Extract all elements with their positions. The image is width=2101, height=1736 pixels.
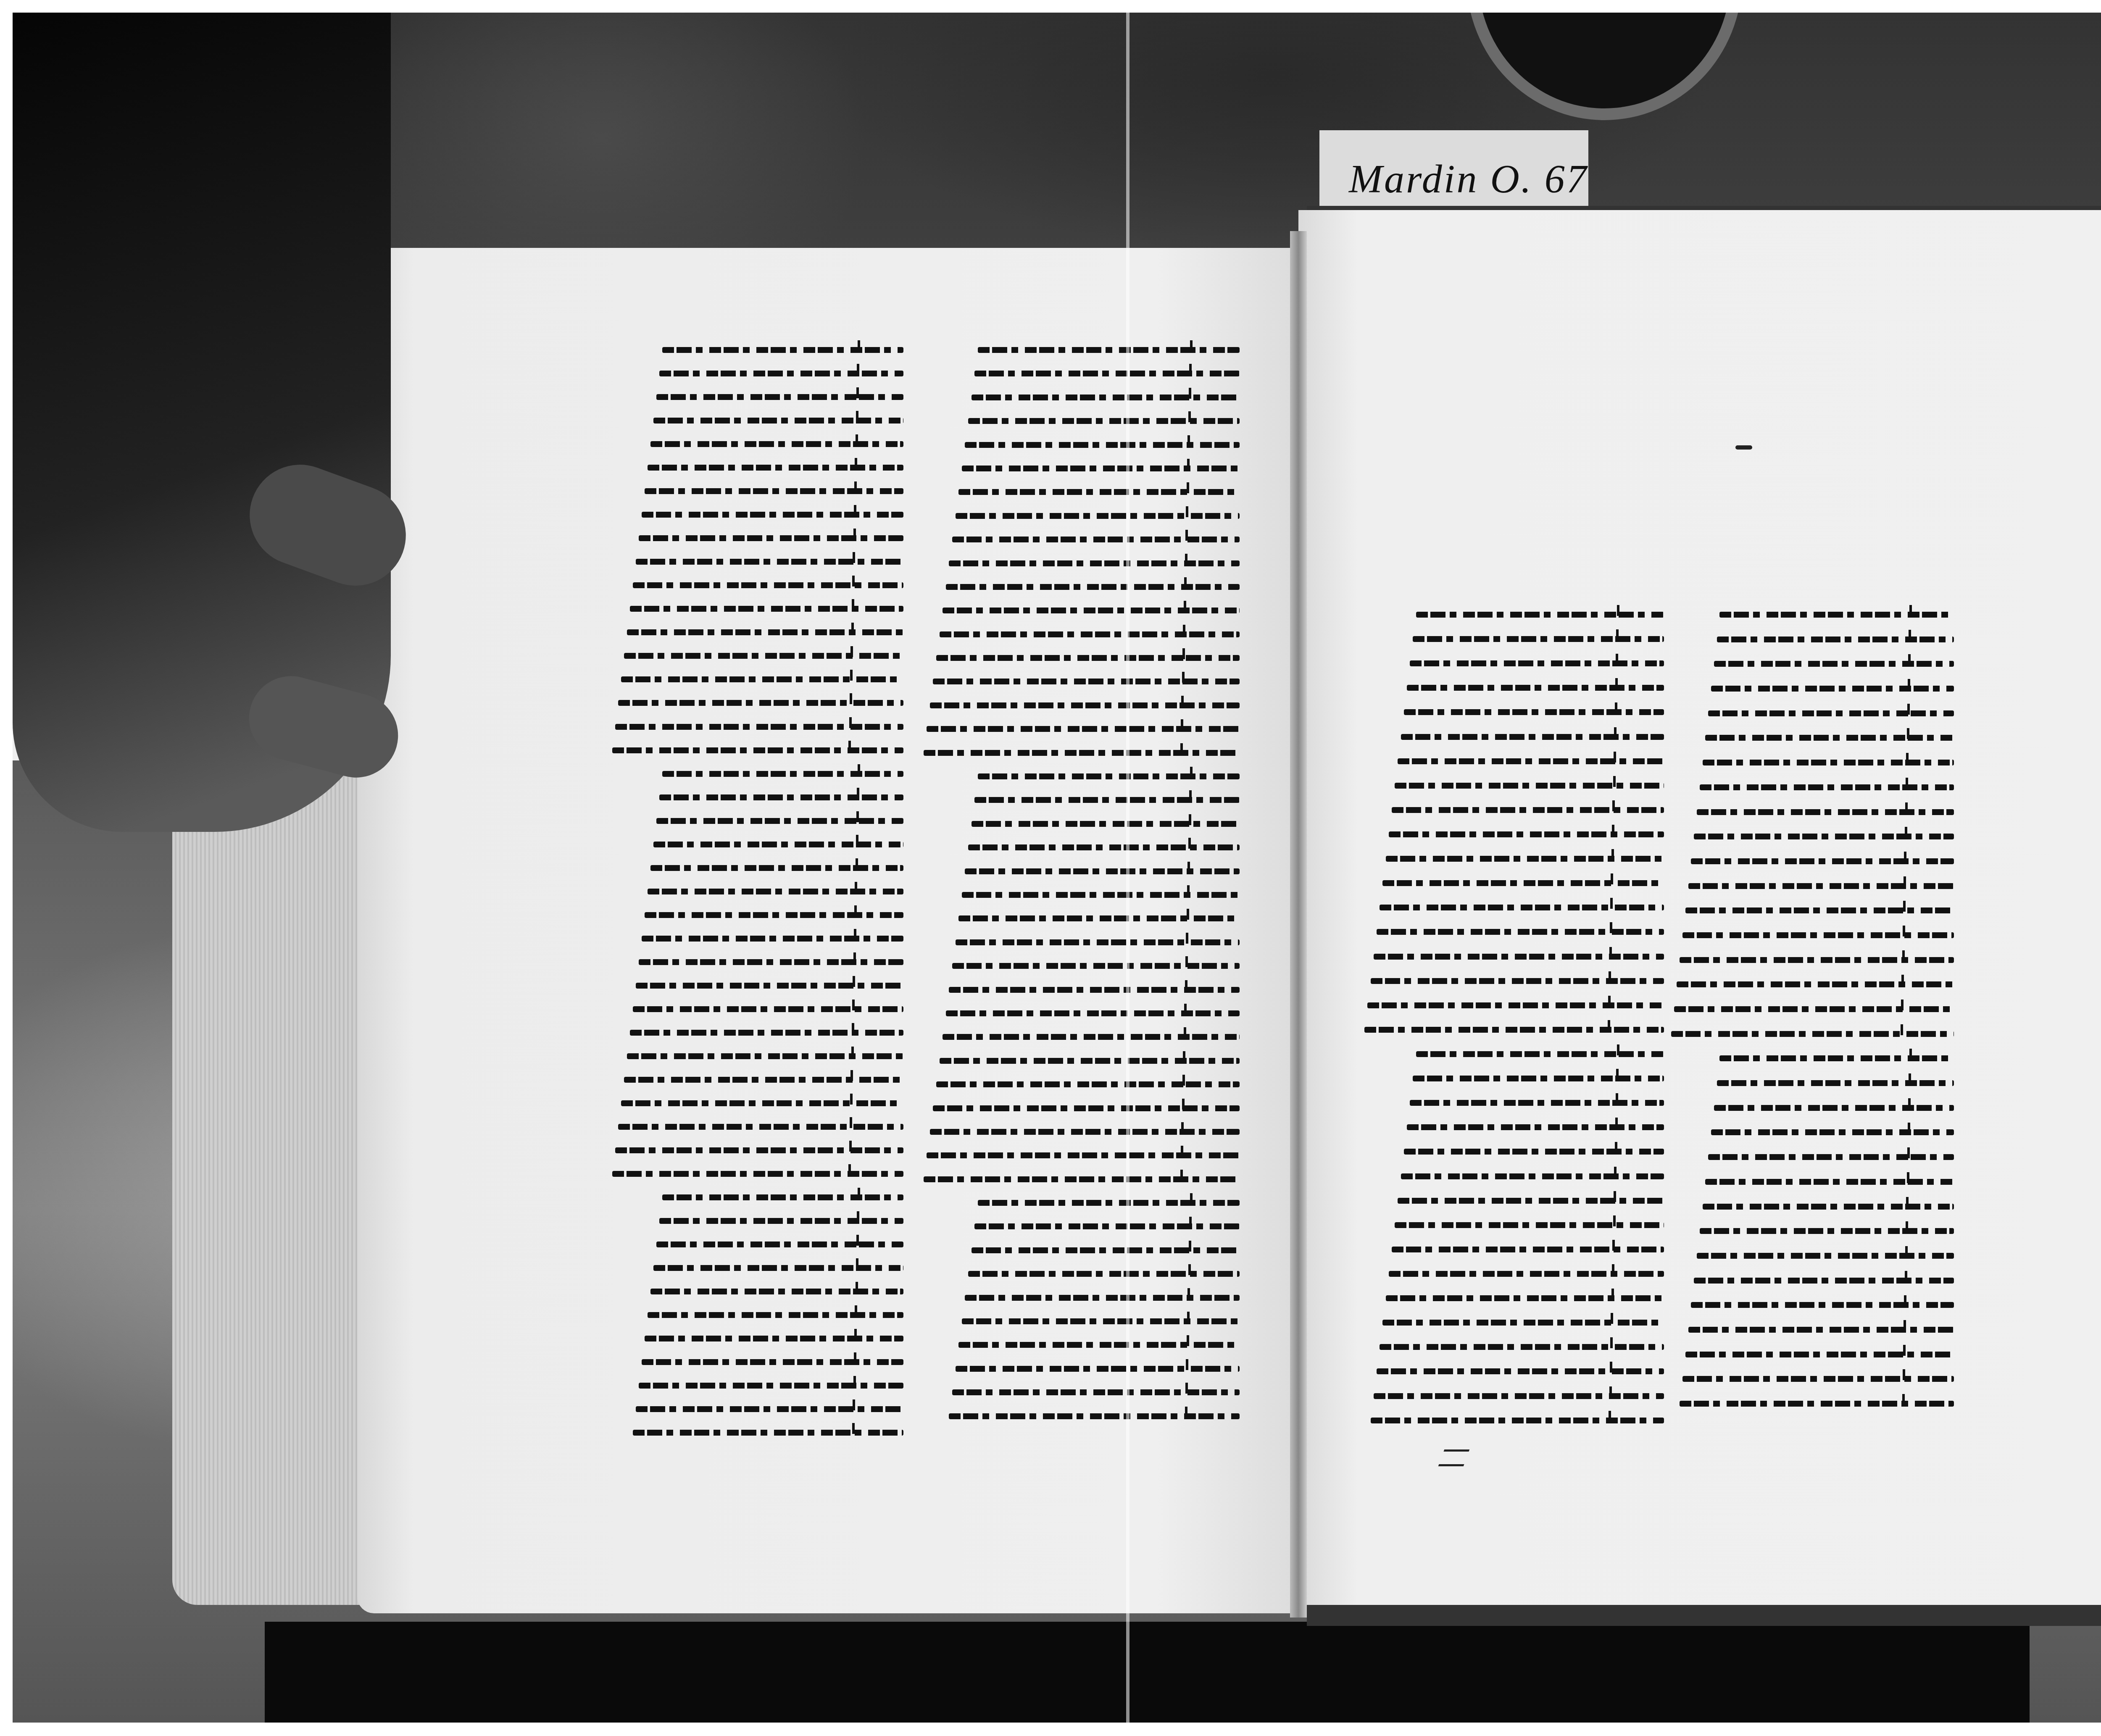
manuscript-text-line — [1682, 1373, 1954, 1383]
manuscript-text-line — [1364, 1024, 1664, 1034]
manuscript-text-line — [1719, 1053, 1954, 1062]
manuscript-text-line — [978, 1197, 1240, 1207]
manuscript-text-line — [656, 1239, 903, 1248]
manuscript-text-line — [650, 439, 903, 448]
manuscript-text-line — [933, 676, 1240, 685]
manuscript-text-line — [662, 768, 903, 778]
shelfmark-text: Mardin O. 67 — [1349, 155, 1588, 202]
manuscript-text-line — [630, 603, 903, 613]
manuscript-text-line — [653, 1263, 903, 1272]
manuscript-text-line — [1413, 1073, 1664, 1082]
manuscript-text-line — [639, 1380, 903, 1389]
manuscript-text-line — [1697, 807, 1954, 816]
manuscript-text-line — [968, 1268, 1240, 1278]
manuscript-text-line — [946, 1008, 1240, 1017]
manuscript-text-line — [1389, 829, 1664, 838]
manuscript-text-line — [1389, 1268, 1664, 1278]
manuscript-text-line — [952, 1387, 1240, 1396]
left-page-outer-column — [609, 345, 903, 1437]
manuscript-text-line — [958, 487, 1240, 496]
manuscript-text-line — [1719, 609, 1954, 618]
manuscript-text-line — [633, 1427, 903, 1436]
manuscript-text-line — [1377, 926, 1664, 936]
manuscript-text-line — [956, 1363, 1240, 1373]
manuscript-text-line — [927, 1150, 1240, 1159]
manuscript-text-line — [615, 721, 903, 731]
manuscript-text-line — [1401, 731, 1664, 741]
manuscript-text-line — [650, 1286, 903, 1295]
manuscript-text-line — [1717, 634, 1954, 643]
manuscript-text-line — [936, 652, 1240, 662]
manuscript-text-line — [653, 415, 903, 424]
manuscript-text-line — [1395, 780, 1664, 789]
manuscript-text-line — [1398, 756, 1664, 765]
manuscript-text-line — [933, 1103, 1240, 1112]
manuscript-text-line — [956, 510, 1240, 520]
manuscript-text-line — [1380, 902, 1664, 911]
manuscript-text-line — [659, 368, 903, 377]
manuscript-text-line — [974, 368, 1240, 377]
manuscript-text-line — [1705, 732, 1954, 742]
manuscript-text-line — [612, 1168, 903, 1178]
manuscript-text-line — [978, 771, 1240, 780]
manuscript-text-line — [962, 463, 1240, 472]
manuscript-text-line — [949, 558, 1240, 567]
manuscript-text-line — [1700, 1226, 1954, 1235]
manuscript-text-line — [962, 889, 1240, 899]
manuscript-text-line — [659, 1215, 903, 1225]
manuscript-text-line — [645, 486, 903, 495]
manuscript-text-line — [940, 629, 1240, 638]
manuscript-text-line — [1367, 1000, 1664, 1009]
manuscript-text-line — [1680, 1398, 1954, 1407]
manuscript-text-line — [1714, 658, 1954, 668]
manuscript-text-line — [965, 1292, 1240, 1302]
manuscript-text-line — [972, 1245, 1240, 1254]
manuscript-text-line — [645, 910, 903, 919]
manuscript-text-line — [968, 842, 1240, 851]
manuscript-text-line — [952, 960, 1240, 970]
manuscript-text-line — [627, 1051, 903, 1060]
manuscript-text-line — [1374, 1391, 1664, 1400]
manuscript-text-line — [1691, 856, 1954, 865]
manuscript-text-line — [1682, 930, 1954, 939]
ink-mark — [1735, 445, 1752, 450]
manuscript-text-line — [1714, 1102, 1954, 1112]
manuscript-text-line — [974, 794, 1240, 804]
manuscript-text-line — [1697, 1250, 1954, 1260]
manuscript-text-line — [1410, 658, 1664, 667]
manuscript-text-line — [636, 556, 903, 566]
manuscript-text-line — [943, 1031, 1240, 1041]
manuscript-text-line — [949, 984, 1240, 994]
manuscript-text-line — [1700, 782, 1954, 791]
manuscript-text-line — [1711, 1127, 1954, 1136]
manuscript-text-line — [650, 863, 903, 872]
manuscript-text-line — [1708, 708, 1954, 717]
manuscript-text-line — [1671, 1028, 1954, 1038]
manuscript-text-line — [1386, 1293, 1664, 1302]
manuscript-text-line — [662, 1192, 903, 1201]
manuscript-text-line — [1674, 1004, 1954, 1013]
manuscript-text-line — [1395, 1220, 1664, 1229]
manuscript-text-line — [653, 839, 903, 848]
manuscript-text-line — [974, 1221, 1240, 1230]
manuscript-text-line — [958, 913, 1240, 922]
manuscript-text-line — [1407, 1122, 1664, 1131]
dark-cloth-below-book — [265, 1622, 2030, 1723]
manuscript-text-line — [1694, 831, 1954, 840]
manuscript-text-line — [645, 1333, 903, 1342]
manuscript-text-line — [642, 509, 903, 518]
manuscript-text-line — [656, 815, 903, 825]
manuscript-text-line — [940, 1055, 1240, 1065]
manuscript-text-line — [1404, 707, 1664, 716]
manuscript-text-line — [1711, 683, 1954, 692]
manuscript-text-line — [1677, 979, 1954, 988]
manuscript-text-line — [1382, 1317, 1664, 1326]
manuscript-text-line — [1382, 878, 1664, 887]
manuscript-text-line — [633, 580, 903, 589]
manuscript-text-line — [1386, 853, 1664, 863]
manuscript-text-line — [612, 745, 903, 754]
manuscript-text-line — [1703, 757, 1954, 766]
manuscript-text-line — [1398, 1195, 1664, 1205]
manuscript-text-line — [642, 933, 903, 942]
manuscript-text-line — [627, 627, 903, 636]
manuscript-text-line — [936, 1079, 1240, 1088]
film-scratch — [1126, 13, 1129, 1723]
manuscript-text-line — [965, 866, 1240, 875]
manuscript-text-line — [639, 957, 903, 966]
manuscript-text-line — [636, 980, 903, 989]
right-page-outer-column — [1668, 609, 1954, 1407]
manuscript-text-line — [1705, 1176, 1954, 1186]
manuscript-text-line — [618, 1121, 903, 1131]
manuscript-text-line — [1410, 1097, 1664, 1107]
manuscript-text-line — [1694, 1275, 1954, 1284]
manuscript-text-line — [615, 1145, 903, 1154]
manuscript-text-line — [952, 534, 1240, 543]
manuscript-text-line — [924, 1174, 1240, 1183]
manuscript-text-line — [949, 1411, 1240, 1420]
manuscript-text-line — [978, 345, 1240, 354]
manuscript-text-line — [648, 1310, 903, 1319]
manuscript-text-line — [1371, 1415, 1664, 1424]
book-gutter — [1290, 231, 1307, 1618]
manuscript-text-line — [930, 1126, 1240, 1136]
manuscript-text-line — [1680, 955, 1954, 964]
manuscript-text-line — [662, 345, 903, 354]
manuscript-text-line — [927, 723, 1240, 733]
manuscript-text-line — [621, 1098, 903, 1107]
manuscript-text-line — [956, 937, 1240, 946]
manuscript-text-line — [642, 1357, 903, 1366]
manuscript-text-line — [1392, 1244, 1664, 1253]
manuscript-text-line — [1377, 1366, 1664, 1375]
manuscript-text-line — [930, 700, 1240, 709]
manuscript-text-line — [1416, 1049, 1664, 1058]
manuscript-text-line — [924, 747, 1240, 757]
left-page-inner-column — [920, 345, 1240, 1420]
manuscript-text-line — [1404, 1146, 1664, 1155]
book-fore-edge — [172, 727, 370, 1605]
manuscript-text-line — [946, 581, 1240, 591]
manuscript-text-line — [659, 792, 903, 801]
manuscript-text-line — [968, 416, 1240, 425]
manuscript-text-line — [1688, 1324, 1954, 1334]
manuscript-text-line — [1708, 1152, 1954, 1161]
manuscript-text-line — [972, 392, 1240, 401]
manuscript-text-line — [624, 650, 903, 660]
manuscript-text-line — [1407, 682, 1664, 692]
manuscript-text-line — [648, 886, 903, 895]
manuscript-text-line — [1401, 1171, 1664, 1180]
manuscript-text-line — [624, 1074, 903, 1084]
manuscript-text-line — [1691, 1299, 1954, 1309]
manuscript-text-line — [1416, 609, 1664, 618]
photograph: Mardin O. 67 — [13, 13, 2101, 1723]
manuscript-text-line — [648, 462, 903, 471]
manuscript-text-line — [633, 1004, 903, 1013]
manuscript-text-line — [639, 533, 903, 542]
manuscript-text-line — [943, 605, 1240, 614]
manuscript-text-line — [965, 439, 1240, 449]
manuscript-text-line — [1392, 805, 1664, 814]
manuscript-text-line — [1703, 1201, 1954, 1210]
manuscript-text-line — [1685, 905, 1954, 914]
manuscript-text-line — [630, 1027, 903, 1036]
manuscript-text-line — [621, 674, 903, 683]
manuscript-text-line — [1685, 1349, 1954, 1358]
manuscript-text-line — [1413, 634, 1664, 643]
manuscript-text-line — [1374, 951, 1664, 960]
manuscript-text-line — [618, 697, 903, 707]
manuscript-text-line — [636, 1404, 903, 1413]
manuscript-text-line — [1688, 881, 1954, 890]
manuscript-text-line — [962, 1316, 1240, 1325]
manuscript-text-line — [972, 818, 1240, 828]
manuscript-text-line — [958, 1339, 1240, 1349]
manuscript-text-line — [656, 392, 903, 401]
manuscript-text-line — [1371, 976, 1664, 985]
manuscript-text-line — [1380, 1341, 1664, 1351]
right-page-inner-column — [1361, 609, 1664, 1424]
manuscript-text-line — [1717, 1078, 1954, 1087]
